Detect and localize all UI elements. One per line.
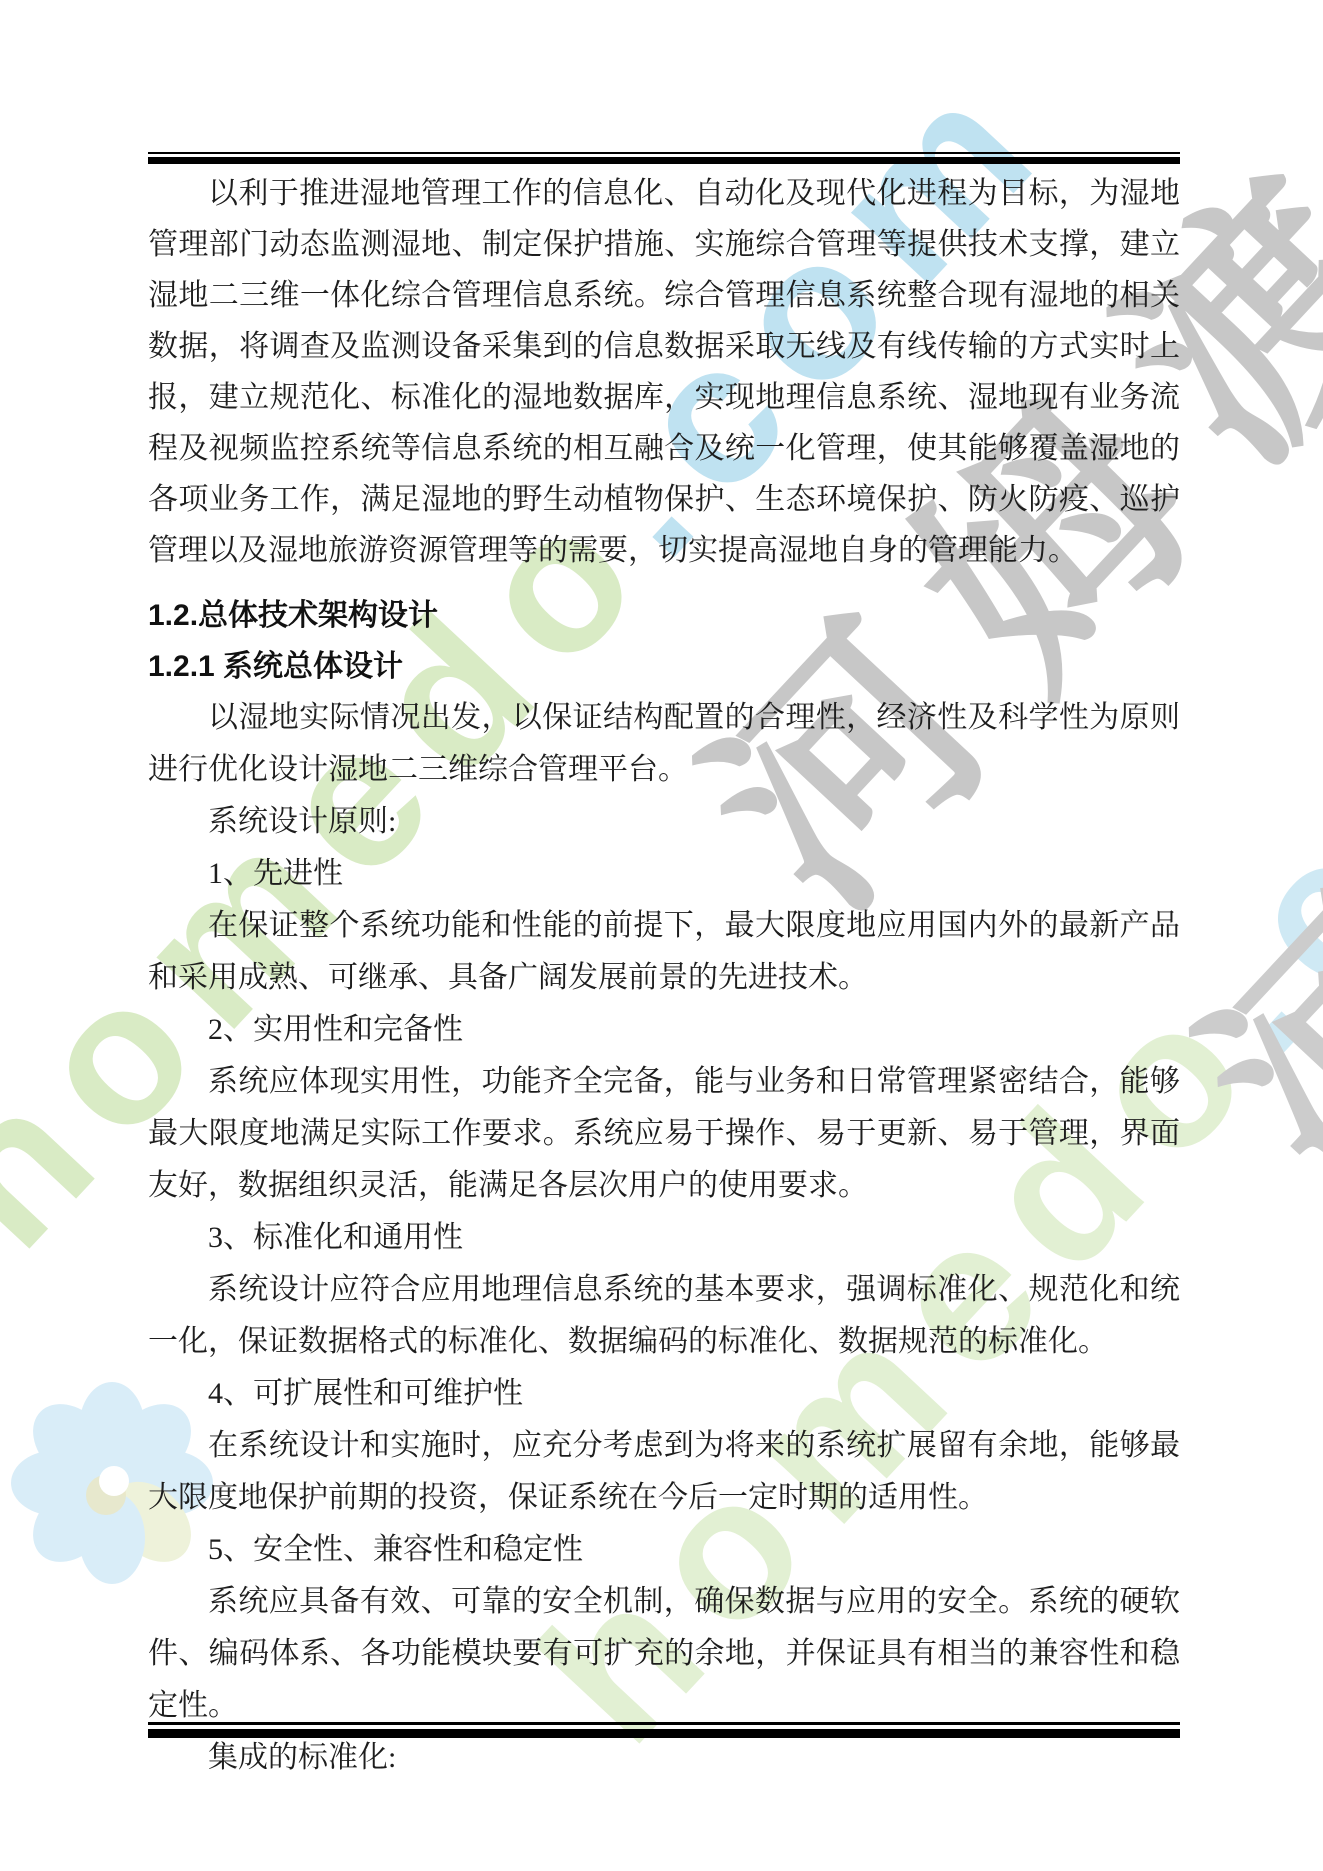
document-content: 以利于推进湿地管理工作的信息化、自动化及现代化进程为目标，为湿地管理部门动态监测… bbox=[148, 168, 1180, 1784]
header-rule-thick bbox=[148, 157, 1180, 164]
paragraph-intro: 以利于推进湿地管理工作的信息化、自动化及现代化进程为目标，为湿地管理部门动态监测… bbox=[148, 168, 1180, 576]
footer-rule-thick bbox=[148, 1729, 1180, 1738]
principle-2-body: 系统应体现实用性，功能齐全完备，能与业务和日常管理紧密结合，能够最大限度地满足实… bbox=[148, 1056, 1180, 1212]
document-page: homedo.com 河姆渡 homedo.com 河 以利于推进湿地管理工作的 bbox=[0, 0, 1323, 1871]
principle-5-body: 系统应具备有效、可靠的安全机制，确保数据与应用的安全。系统的硬软件、编码体系、各… bbox=[148, 1576, 1180, 1732]
heading-1-2-1: 1.2.1 系统总体设计 bbox=[148, 641, 1180, 692]
principle-3-body: 系统设计应符合应用地理信息系统的基本要求，强调标准化、规范化和统一化，保证数据格… bbox=[148, 1264, 1180, 1368]
principle-4-body: 在系统设计和实施时，应充分考虑到为将来的系统扩展留有余地，能够最大限度地保护前期… bbox=[148, 1420, 1180, 1524]
principle-5-title: 5、安全性、兼容性和稳定性 bbox=[148, 1524, 1180, 1576]
principle-2-title: 2、实用性和完备性 bbox=[148, 1004, 1180, 1056]
header-rule-thin bbox=[148, 152, 1180, 154]
principle-1-body: 在保证整个系统功能和性能的前提下，最大限度地应用国内外的最新产品和采用成熟、可继… bbox=[148, 900, 1180, 1004]
paragraph-principles-label: 系统设计原则: bbox=[148, 796, 1180, 848]
paragraph-overview: 以湿地实际情况出发，以保证结构配置的合理性，经济性及科学性为原则进行优化设计湿地… bbox=[148, 692, 1180, 796]
heading-1-2: 1.2.总体技术架构设计 bbox=[148, 590, 1180, 641]
paragraph-integration-label: 集成的标准化: bbox=[148, 1732, 1180, 1784]
principle-1-title: 1、先进性 bbox=[148, 848, 1180, 900]
footer-rule-thin bbox=[148, 1722, 1180, 1725]
principle-4-title: 4、可扩展性和可维护性 bbox=[148, 1368, 1180, 1420]
principle-3-title: 3、标准化和通用性 bbox=[148, 1212, 1180, 1264]
